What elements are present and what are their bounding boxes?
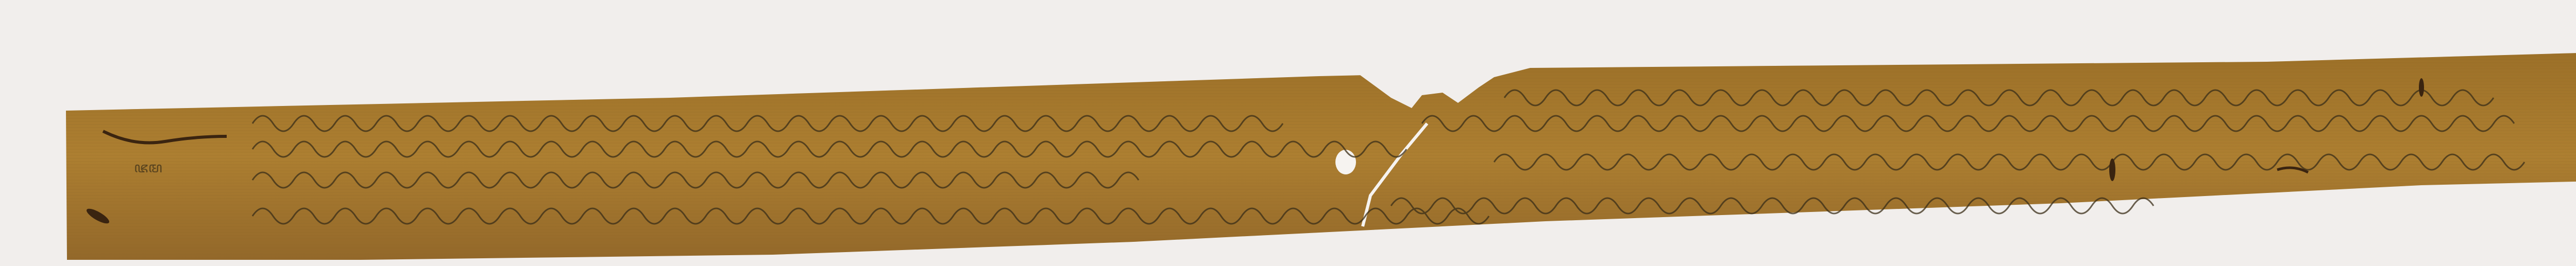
manuscript-photo: Palm-leaf manuscript folio bbox=[0, 0, 2576, 266]
string-hole bbox=[1335, 150, 1356, 174]
palm-leaf: ꦗꦩ bbox=[0, 0, 2576, 266]
margin-mark: ꦗꦩ bbox=[134, 159, 162, 176]
